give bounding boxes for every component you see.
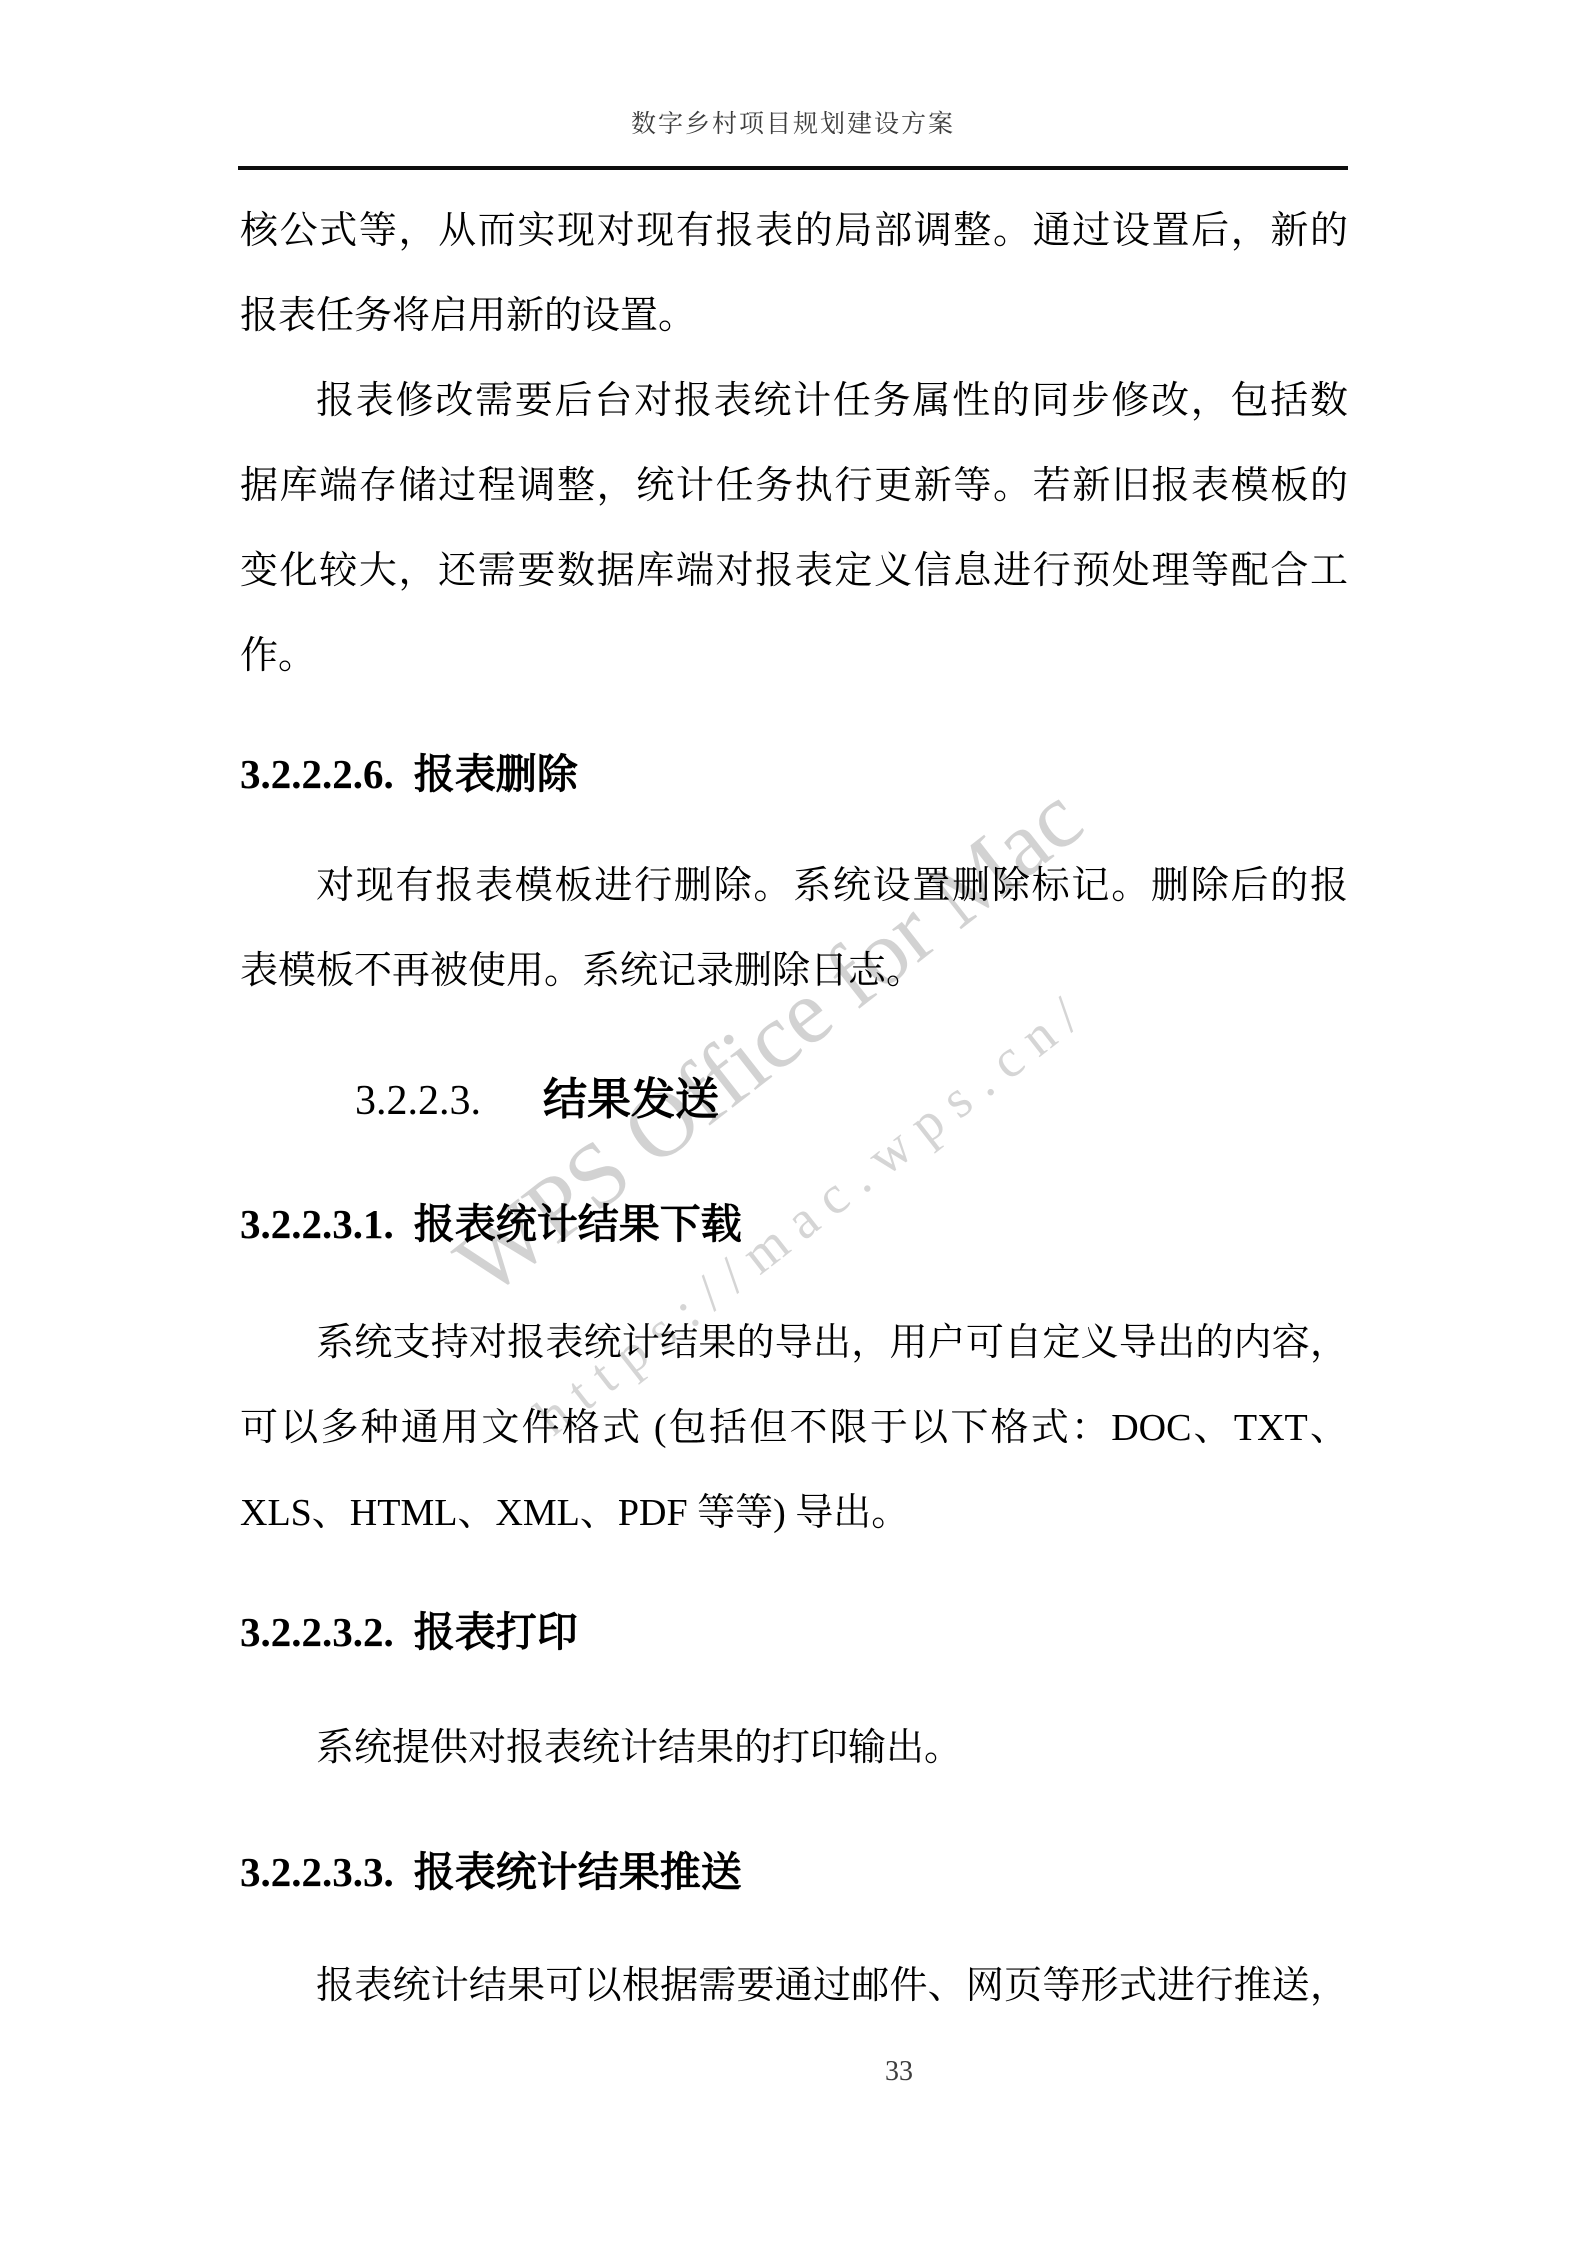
body-line: 作。 (240, 635, 1348, 679)
header-divider (238, 166, 1348, 170)
heading-report-delete: 3.2.2.2.6.报表删除 (240, 752, 578, 797)
heading-number: 3.2.2.2.6. (240, 751, 394, 797)
body-line: 报表统计结果可以根据需要通过邮件、网页等形式进行推送， (316, 1965, 1348, 2009)
body-line: 变化较大，还需要数据库端对报表定义信息进行预处理等配合工 (240, 550, 1348, 594)
body-line: 表模板不再被使用。系统记录删除日志。 (240, 950, 1348, 994)
body-line: 对现有报表模板进行删除。系统设置删除标记。删除后的报 (316, 865, 1348, 909)
body-line: 系统提供对报表统计结果的打印输出。 (316, 1727, 1348, 1771)
body-line: 核公式等，从而实现对现有报表的局部调整。通过设置后，新的 (240, 210, 1348, 254)
body-line: 系统支持对报表统计结果的导出，用户可自定义导出的内容， (316, 1322, 1348, 1366)
heading-title: 报表删除 (414, 751, 578, 797)
heading-number: 3.2.2.3.3. (240, 1849, 394, 1895)
heading-number: 3.2.2.3. (355, 1078, 481, 1124)
document-page: WPS Office for Mac https://mac.wps.cn/ 数… (0, 0, 1586, 2244)
heading-title: 报表打印 (414, 1609, 578, 1655)
page-header-title: 数字乡村项目规划建设方案 (0, 104, 1586, 140)
heading-result-push: 3.2.2.3.3.报表统计结果推送 (240, 1850, 742, 1895)
heading-result-download: 3.2.2.3.1.报表统计结果下载 (240, 1202, 742, 1247)
body-line: XLS、HTML、XML、PDF 等等) 导出。 (240, 1492, 1348, 1536)
heading-title: 报表统计结果推送 (414, 1849, 742, 1895)
heading-result-send: 3.2.2.3.结果发送 (355, 1076, 719, 1124)
heading-number: 3.2.2.3.1. (240, 1201, 394, 1247)
body-line: 报表任务将启用新的设置。 (240, 295, 1348, 339)
heading-title: 结果发送 (543, 1075, 719, 1124)
body-line: 据库端存储过程调整，统计任务执行更新等。若新旧报表模板的 (240, 465, 1348, 509)
heading-title: 报表统计结果下载 (414, 1201, 742, 1247)
heading-report-print: 3.2.2.3.2.报表打印 (240, 1610, 578, 1655)
page-number: 33 (853, 2056, 945, 2088)
heading-number: 3.2.2.3.2. (240, 1609, 394, 1655)
body-line: 报表修改需要后台对报表统计任务属性的同步修改，包括数 (316, 380, 1348, 424)
body-line: 可以多种通用文件格式 (包括但不限于以下格式：DOC、TXT、 (240, 1407, 1348, 1451)
